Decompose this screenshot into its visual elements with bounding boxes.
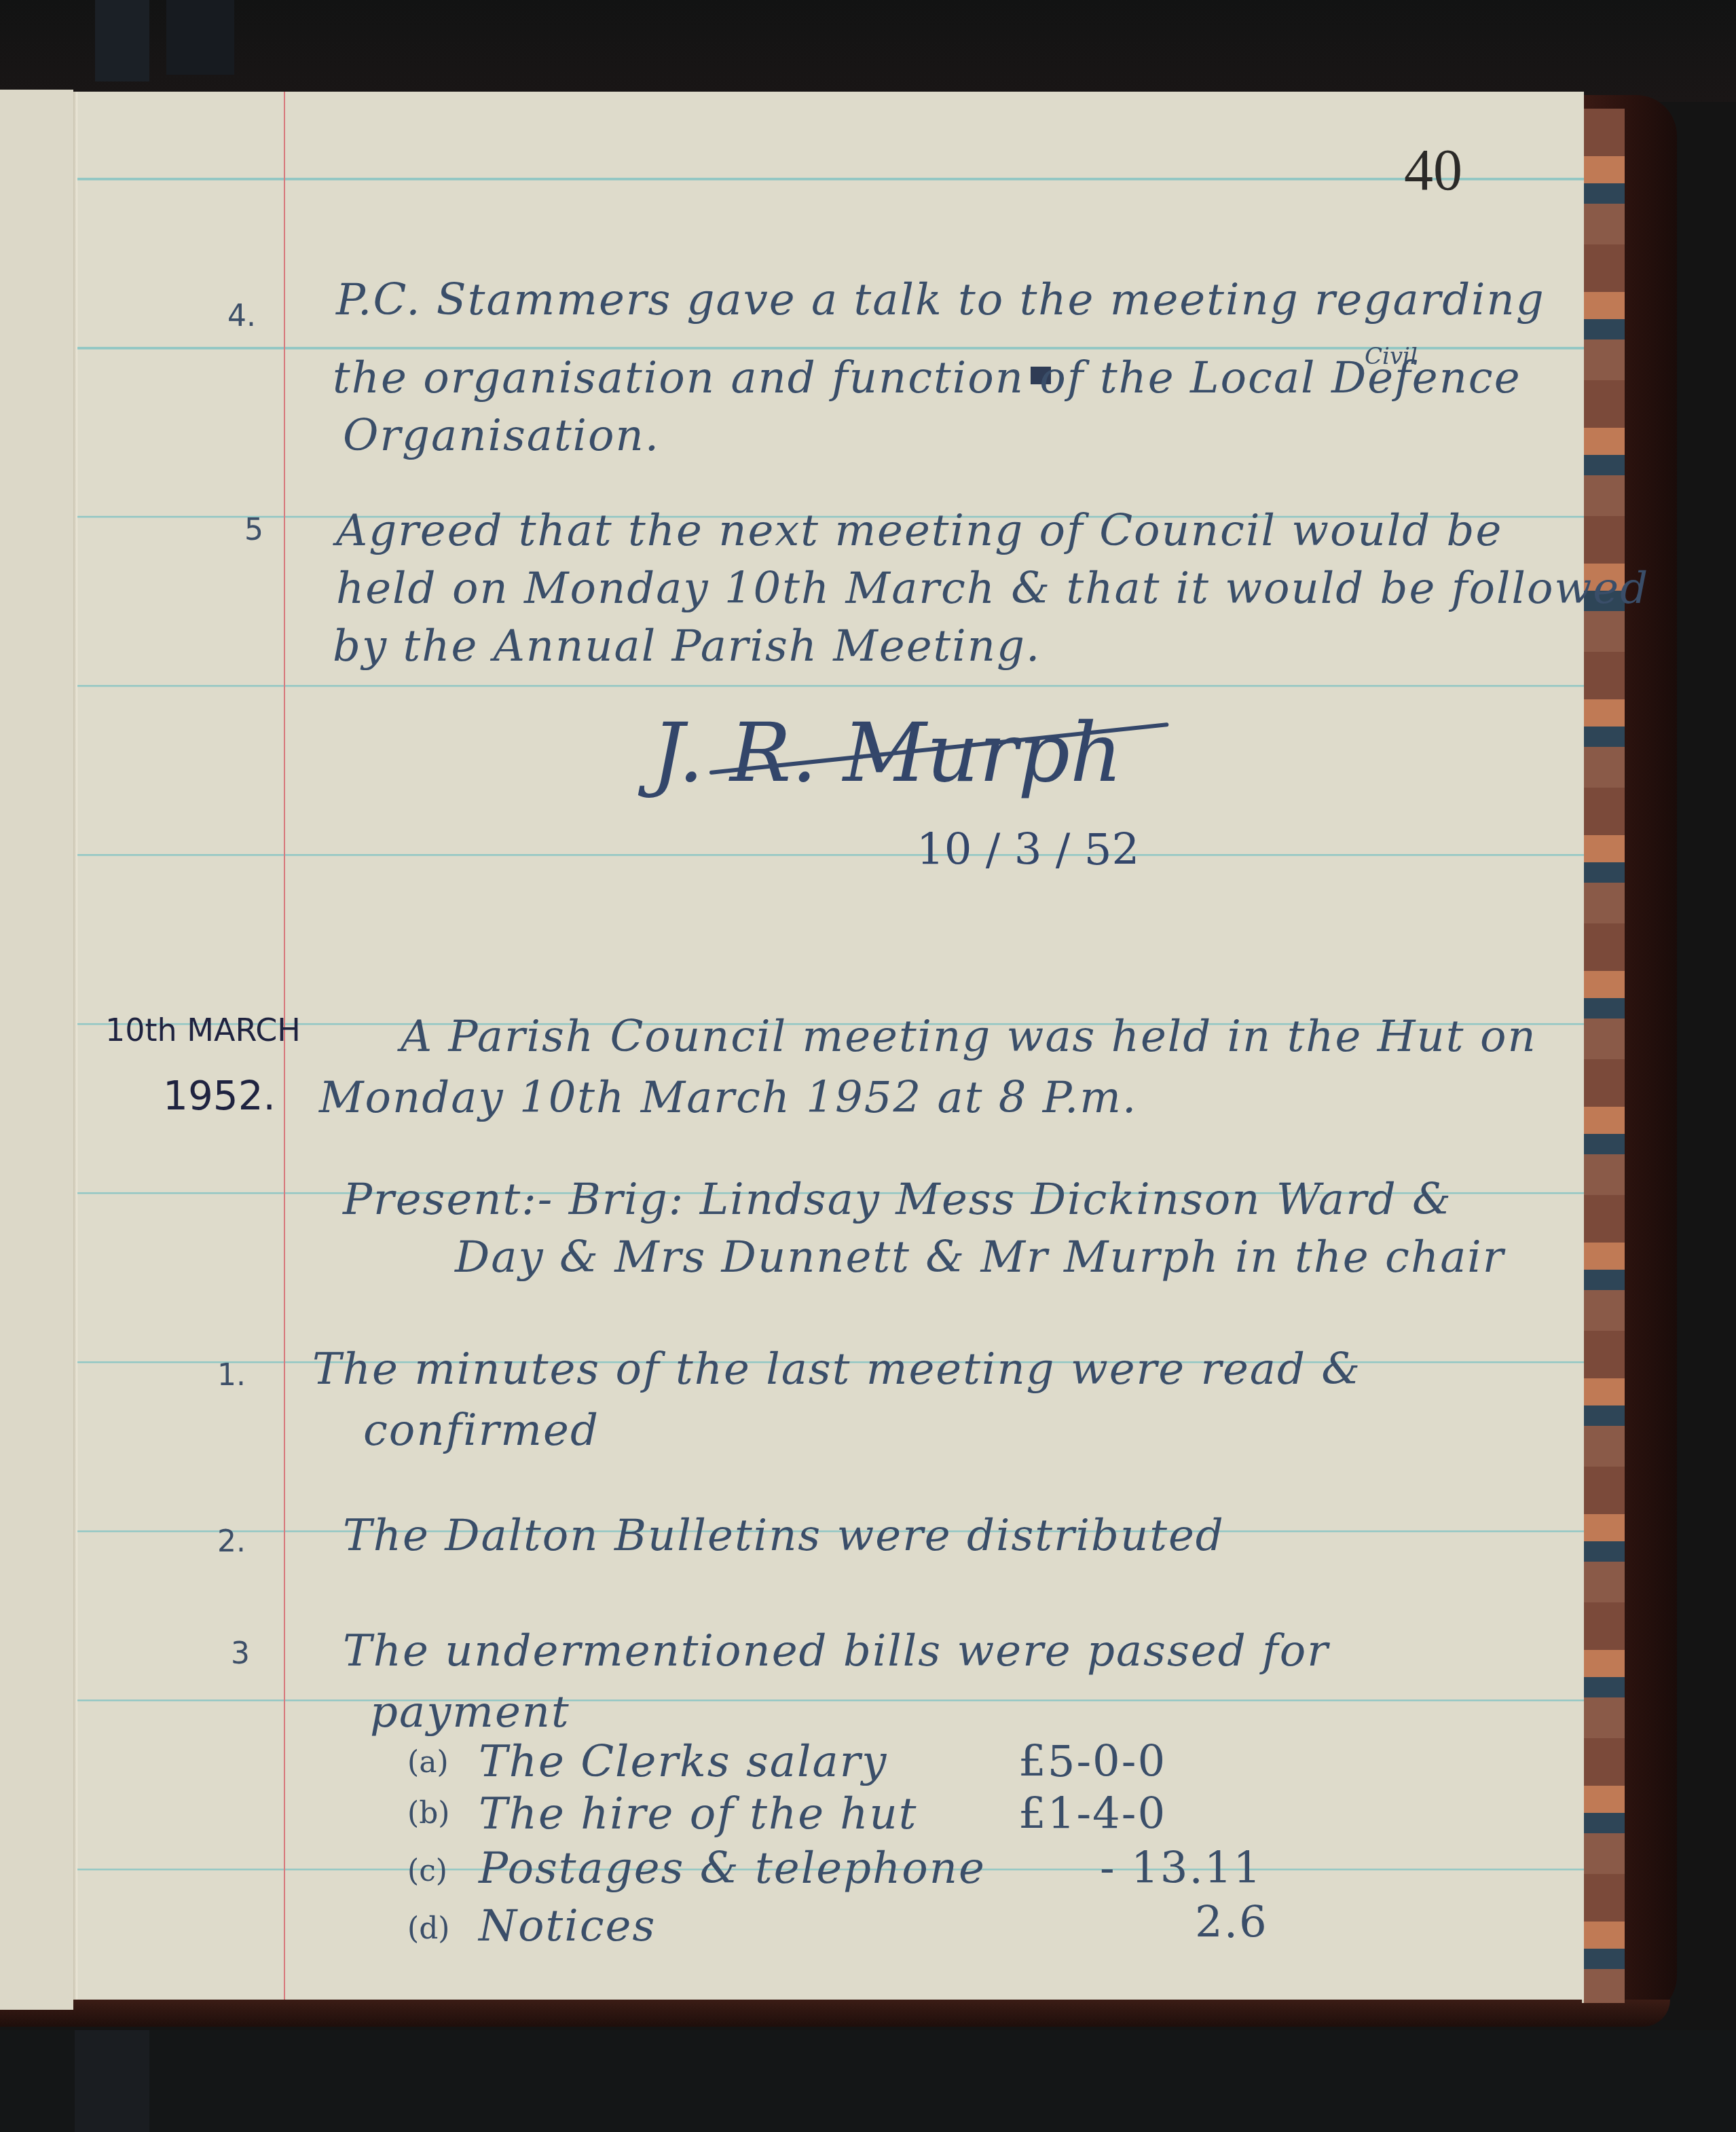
item-4-line-2: the organisation and function of the Loc…: [333, 353, 1521, 403]
item-3-line-2: payment: [370, 1687, 570, 1738]
margin-date-day-month: 10th MARCH: [105, 1012, 301, 1048]
bill-description: Notices: [479, 1901, 656, 1951]
binding-strap: [166, 0, 234, 75]
book-cover-bottom: [0, 2000, 1670, 2027]
bill-label: (c): [407, 1854, 447, 1888]
item-number: 5: [244, 513, 263, 547]
page-number: 40: [1404, 136, 1462, 204]
binding-strap: [95, 0, 149, 81]
item-5-line-3: by the Annual Parish Meeting.: [333, 621, 1041, 672]
bill-amount: - 13.11: [1100, 1843, 1262, 1894]
bill-amount: £1-4-0: [1018, 1789, 1166, 1839]
facing-page-edge: [0, 90, 73, 2010]
item-1-line-1: The minutes of the last meeting were rea…: [312, 1344, 1361, 1395]
item-4-line-3: Organisation.: [343, 411, 660, 461]
meeting-intro-line-2: Monday 10th March 1952 at 8 P.m.: [319, 1073, 1137, 1123]
item-2-line-1: The Dalton Bulletins were distributed: [343, 1511, 1225, 1561]
item-number: 4.: [227, 299, 256, 333]
meeting-intro-line-1: A Parish Council meeting was held in the…: [401, 1012, 1537, 1062]
bill-description: Postages & telephone: [479, 1843, 986, 1894]
page-gutter: [73, 92, 77, 2000]
bill-description: The hire of the hut: [479, 1789, 918, 1839]
item-4-line-1: P.C. Stammers gave a talk to the meeting…: [336, 275, 1545, 325]
bill-amount: £5-0-0: [1018, 1737, 1166, 1787]
item-1-line-2: confirmed: [363, 1405, 599, 1456]
margin-date-year: 1952.: [163, 1073, 276, 1119]
item-5-line-2: held on Monday 10th March & that it woul…: [336, 564, 1649, 614]
bill-amount: 2.6: [1195, 1898, 1268, 1948]
binding-strap: [75, 2030, 149, 2132]
bill-label: (a): [407, 1745, 449, 1780]
item-3-line-1: The undermentioned bills were passed for: [343, 1626, 1329, 1676]
present-line-2: Day & Mrs Dunnett & Mr Murph in the chai…: [455, 1232, 1504, 1283]
item-number: 3: [231, 1636, 250, 1671]
bill-description: The Clerks salary: [479, 1737, 887, 1787]
signature-date: 10 / 3 / 52: [917, 825, 1139, 875]
item-number: 2.: [217, 1524, 246, 1559]
item-5-line-1: Agreed that the next meeting of Council …: [336, 506, 1502, 556]
present-line-1: Present:- Brig: Lindsay Mess Dickinson W…: [343, 1175, 1452, 1225]
bill-label: (b): [407, 1796, 450, 1831]
marbled-page-edges: [1582, 109, 1625, 2003]
background-bottom: [0, 2030, 1736, 2132]
bill-label: (d): [407, 1911, 450, 1946]
item-number: 1.: [217, 1358, 246, 1393]
background-top: [0, 0, 1736, 102]
